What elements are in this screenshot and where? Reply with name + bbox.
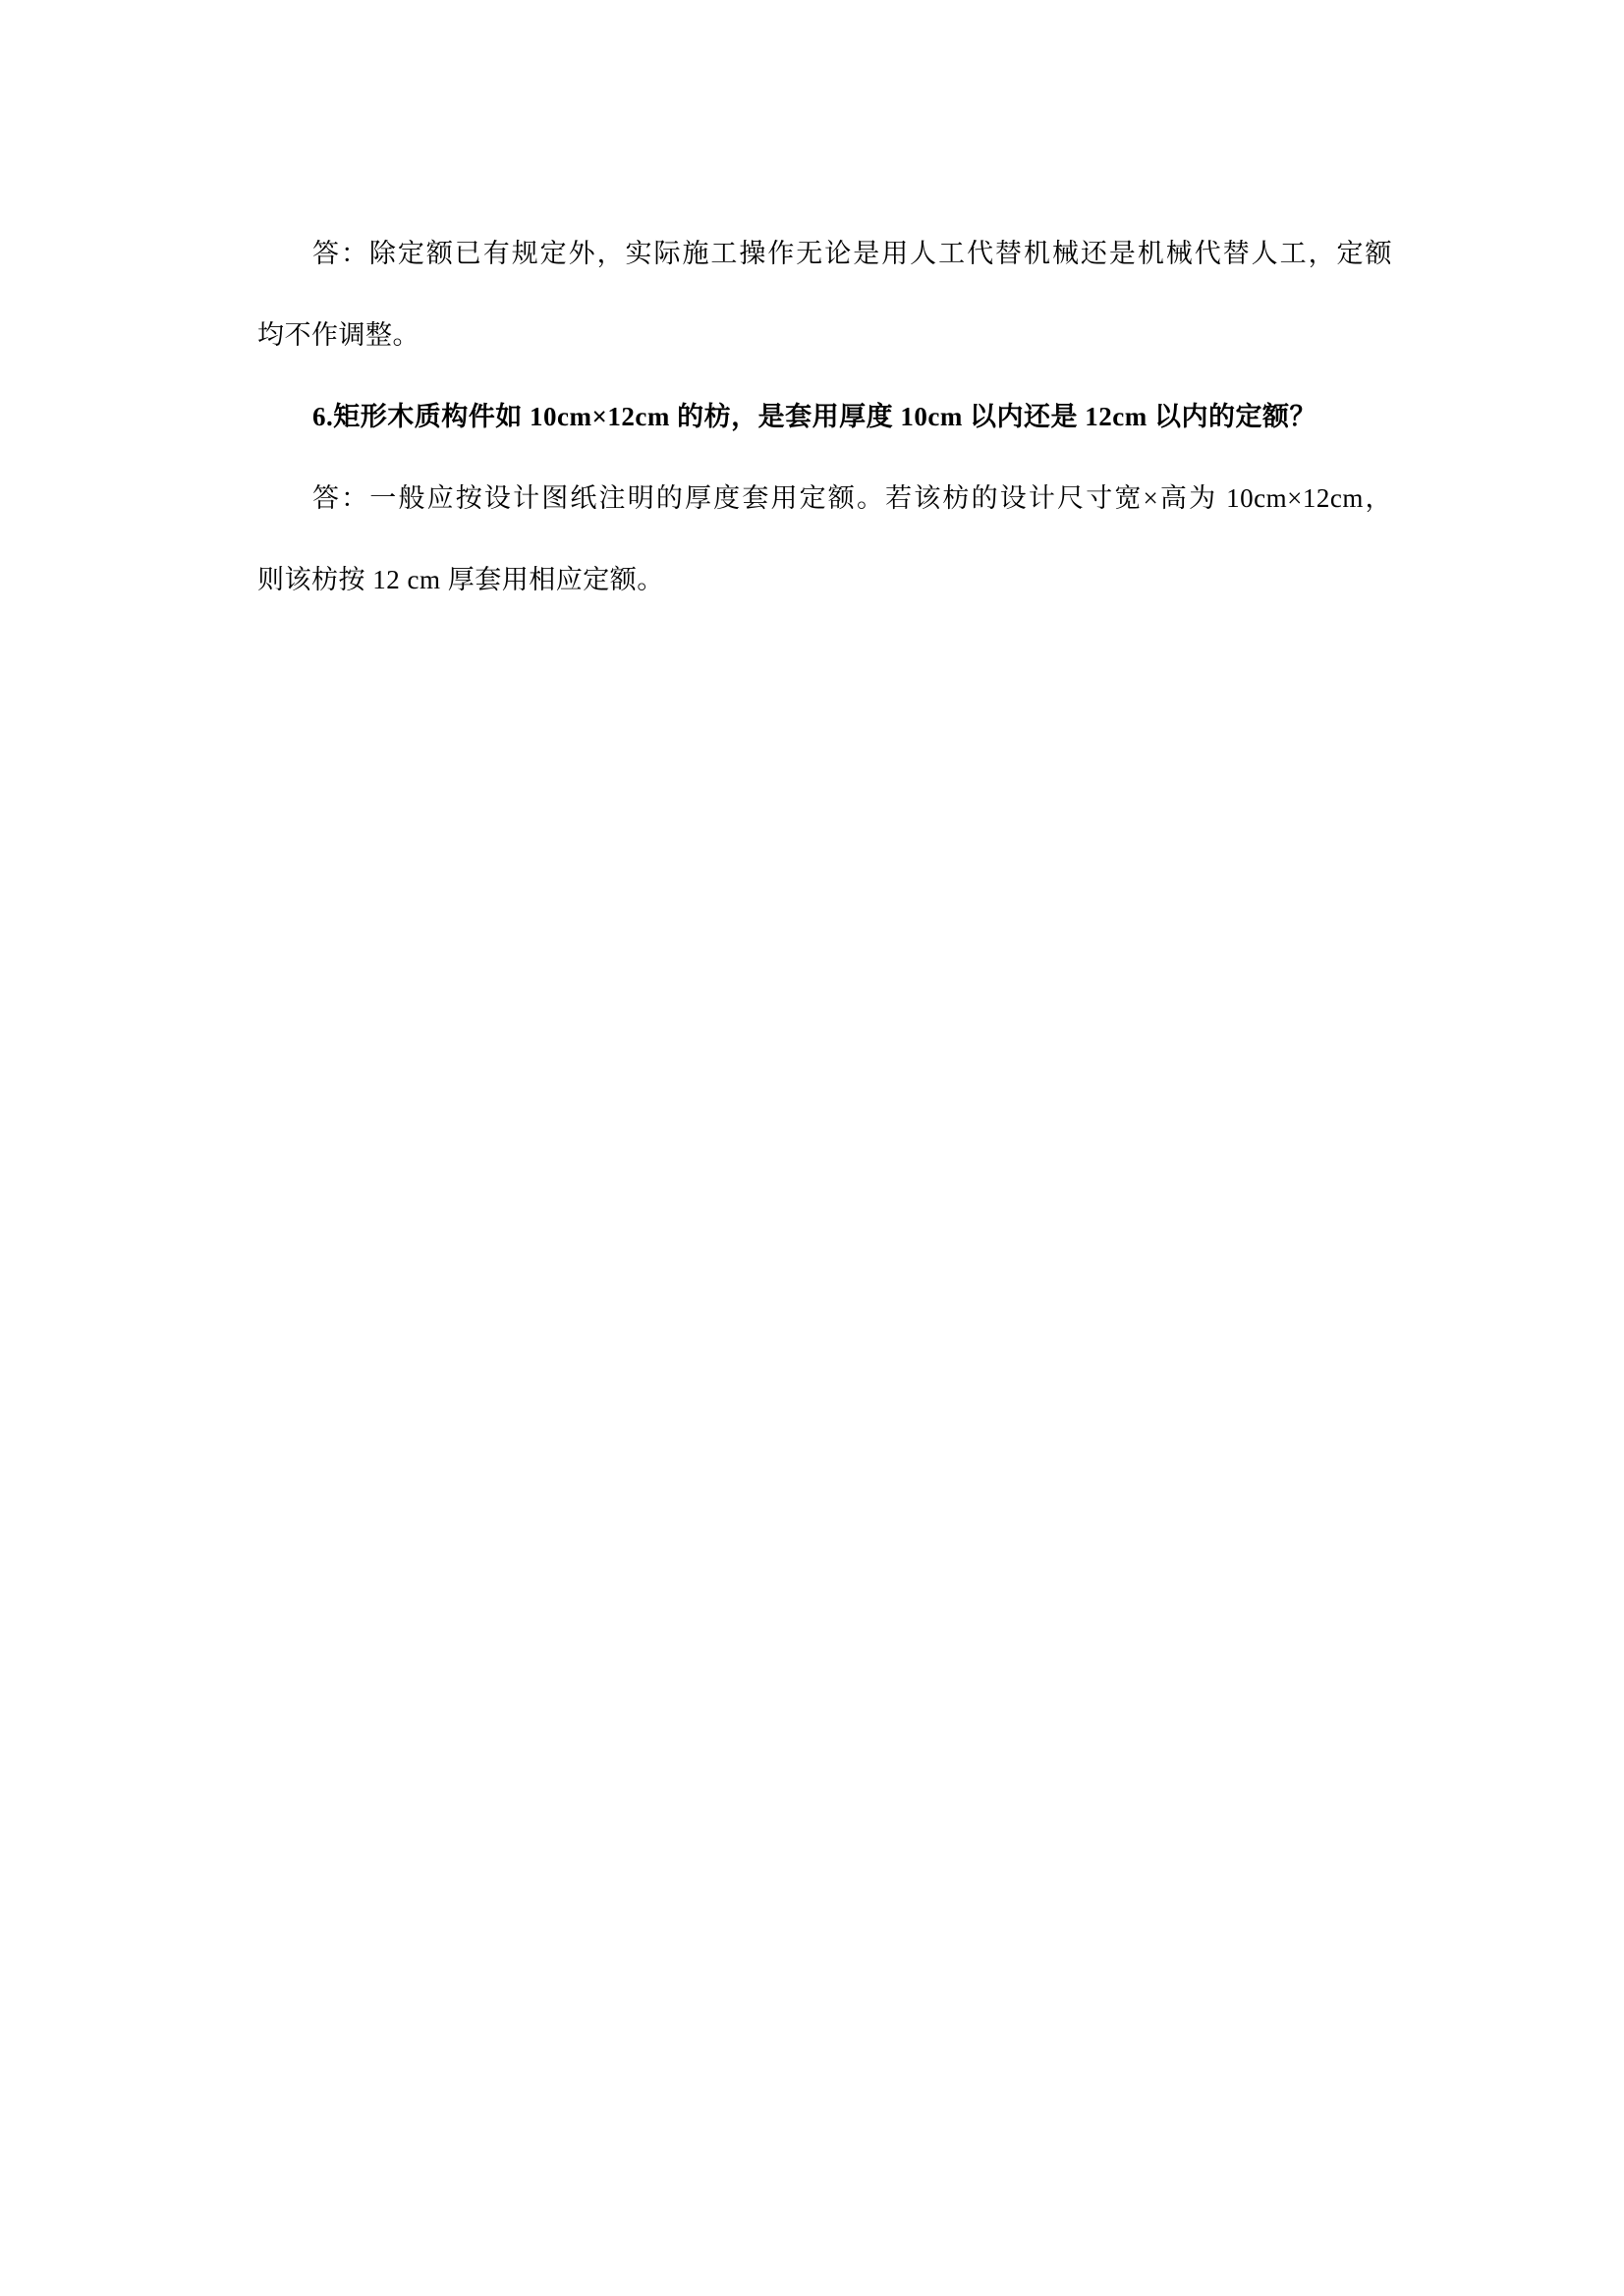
answer-6-line-1: 答：一般应按设计图纸注明的厚度套用定额。若该枋的设计尺寸宽×高为 10cm×12… [257, 458, 1392, 539]
document-content: 答：除定额已有规定外，实际施工操作无论是用人工代替机械还是机械代替人工，定额 均… [257, 213, 1392, 621]
question-6-heading: 6.矩形木质构件如 10cm×12cm 的枋，是套用厚度 10cm 以内还是 1… [257, 376, 1392, 458]
answer-5-line-2: 均不作调整。 [257, 295, 1392, 376]
answer-5-line-1: 答：除定额已有规定外，实际施工操作无论是用人工代替机械还是机械代替人工，定额 [257, 213, 1392, 295]
document-page: 答：除定额已有规定外，实际施工操作无论是用人工代替机械还是机械代替人工，定额 均… [0, 0, 1624, 2296]
answer-6-line-2: 则该枋按 12 cm 厚套用相应定额。 [257, 539, 1392, 621]
